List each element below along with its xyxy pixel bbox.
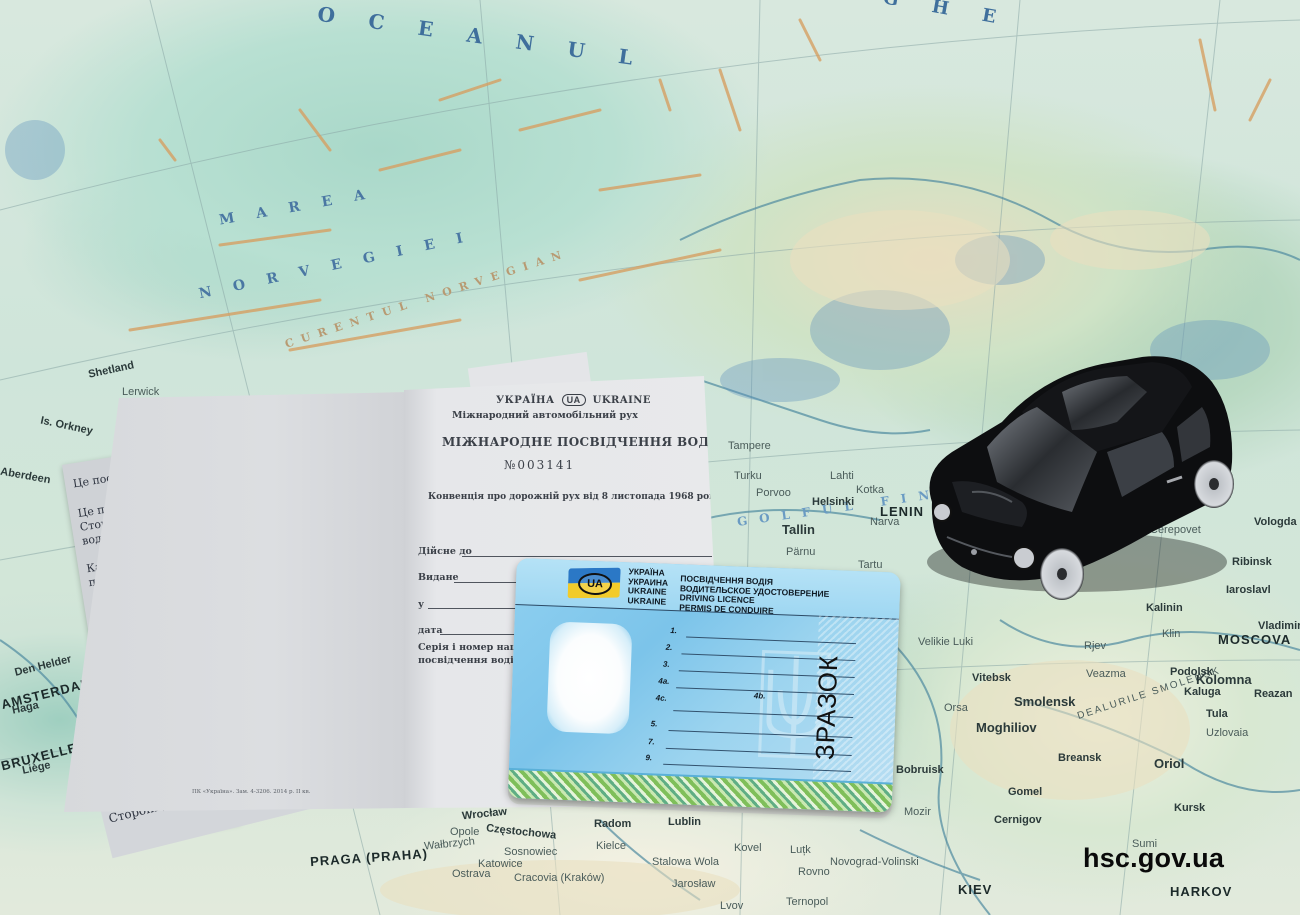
map-city: Lvov	[720, 900, 743, 912]
map-city: Vitebsk	[972, 672, 1011, 684]
map-city: Kolomna	[1196, 672, 1252, 687]
booklet-number: №003141	[504, 458, 575, 472]
map-city: Vologda	[1254, 516, 1297, 528]
map-city: Kovel	[734, 842, 762, 854]
field-label-date: дата	[418, 625, 443, 636]
map-city: Klin	[1162, 628, 1180, 640]
map-city: Rjev	[1084, 640, 1106, 652]
map-city-moscow: MOSCOVA	[1218, 632, 1291, 647]
map-city: Lahti	[830, 470, 854, 482]
map-city: HARKOV	[1170, 884, 1232, 899]
map-city: Ostrava	[452, 868, 491, 880]
booklet-convention: Конвенція про дорожній рух від 8 листопа…	[428, 492, 721, 502]
map-city: Kaluga	[1184, 686, 1221, 698]
booklet-left-page: ПК «Україна». Зам. 4-3206. 2014 р. II кв…	[64, 388, 410, 812]
map-city: Tallin	[782, 522, 815, 537]
field-label-national-licence-2: посвідчення водія	[418, 655, 521, 666]
country-ukr: УКРАЇНА	[496, 395, 555, 406]
field-number: 3.	[663, 660, 670, 669]
map-city: Rovno	[798, 866, 830, 878]
field-label-issued: Видане	[418, 572, 459, 583]
map-city: Breansk	[1058, 752, 1101, 764]
field-number: 4c.	[656, 693, 667, 702]
map-city: Orsa	[944, 702, 968, 714]
map-city: Stalowa Wola	[652, 856, 719, 868]
field-number: 4a.	[658, 677, 669, 686]
driving-licence-card: UA УКРАЇНА УКРАИНА UKRAINE UKRAINE ПОСВІ…	[508, 558, 901, 813]
map-city: Sosnowiec	[504, 846, 557, 858]
map-city: Lerwick	[122, 386, 159, 398]
map-city: Pärnu	[786, 546, 815, 558]
map-city: Velikie Luki	[918, 636, 973, 648]
country-name: UKRAINE	[627, 596, 667, 607]
map-city: Bobruisk	[896, 764, 944, 776]
ua-badge-icon: UA	[562, 394, 586, 406]
map-city: Vladimir	[1258, 620, 1300, 632]
map-city: Kalinin	[1146, 602, 1183, 614]
map-city: Reazan	[1254, 688, 1293, 700]
map-city: Luțk	[790, 844, 811, 856]
map-city: Mozir	[904, 806, 931, 818]
field-number: 2.	[666, 643, 673, 652]
map-city: Kielce	[596, 840, 626, 852]
field-line	[462, 556, 712, 557]
field-number: 5.	[651, 719, 658, 728]
map-city: Kursk	[1174, 802, 1205, 814]
map-city: Turku	[734, 470, 762, 482]
map-city: Jarosław	[672, 878, 715, 890]
map-city-helsinki: Helsinki	[812, 496, 854, 508]
field-number: 9.	[645, 753, 652, 762]
specimen-label: ЗРАЗОК	[809, 654, 844, 760]
field-number: 7.	[648, 737, 655, 746]
map-city: Cracovia (Kraków)	[514, 872, 604, 884]
booklet-imprint: ПК «Україна». Зам. 4-3206. 2014 р. II кв…	[192, 789, 310, 795]
map-city: Oriol	[1154, 756, 1184, 771]
map-city: Cernigov	[994, 814, 1042, 826]
map-city: Radom	[594, 818, 631, 830]
field-label-in: у	[418, 599, 424, 610]
site-watermark: hsc.gov.ua	[1083, 843, 1224, 874]
map-city: Veazma	[1086, 668, 1126, 680]
map-city: Gomel	[1008, 786, 1042, 798]
country-eng: UKRAINE	[593, 395, 651, 406]
card-country-names: УКРАЇНА УКРАИНА UKRAINE UKRAINE	[627, 567, 668, 607]
map-city: Moghiliov	[976, 720, 1037, 735]
map-city: Novograd-Volinski	[830, 856, 919, 868]
booklet-country: УКРАЇНА UA UKRAINE	[496, 394, 651, 406]
map-city: Tula	[1206, 708, 1228, 720]
map-city: Kotka	[856, 484, 884, 496]
map-city: Uzlovaia	[1206, 727, 1248, 739]
map-city: Smolensk	[1014, 694, 1075, 709]
booklet-title: МІЖНАРОДНЕ ПОСВІДЧЕННЯ ВОДІЯ	[442, 435, 727, 449]
card-document-names: ПОСВІДЧЕННЯ ВОДІЯ ВОДИТЕЛЬСКОЕ УДОСТОВЕР…	[679, 574, 830, 618]
map-city: Ternopol	[786, 896, 828, 908]
map-city: Lublin	[668, 816, 701, 828]
map-city: Tampere	[728, 440, 771, 452]
photo-placeholder	[546, 621, 632, 734]
map-city: KIEV	[958, 882, 992, 897]
booklet-subtitle: Міжнародний автомобільний рух	[452, 410, 638, 421]
field-number: 1.	[670, 626, 677, 635]
map-city: Tartu	[858, 559, 882, 571]
map-city: Porvoo	[756, 487, 791, 499]
field-number: 4b.	[754, 691, 766, 700]
toy-car	[912, 352, 1242, 602]
